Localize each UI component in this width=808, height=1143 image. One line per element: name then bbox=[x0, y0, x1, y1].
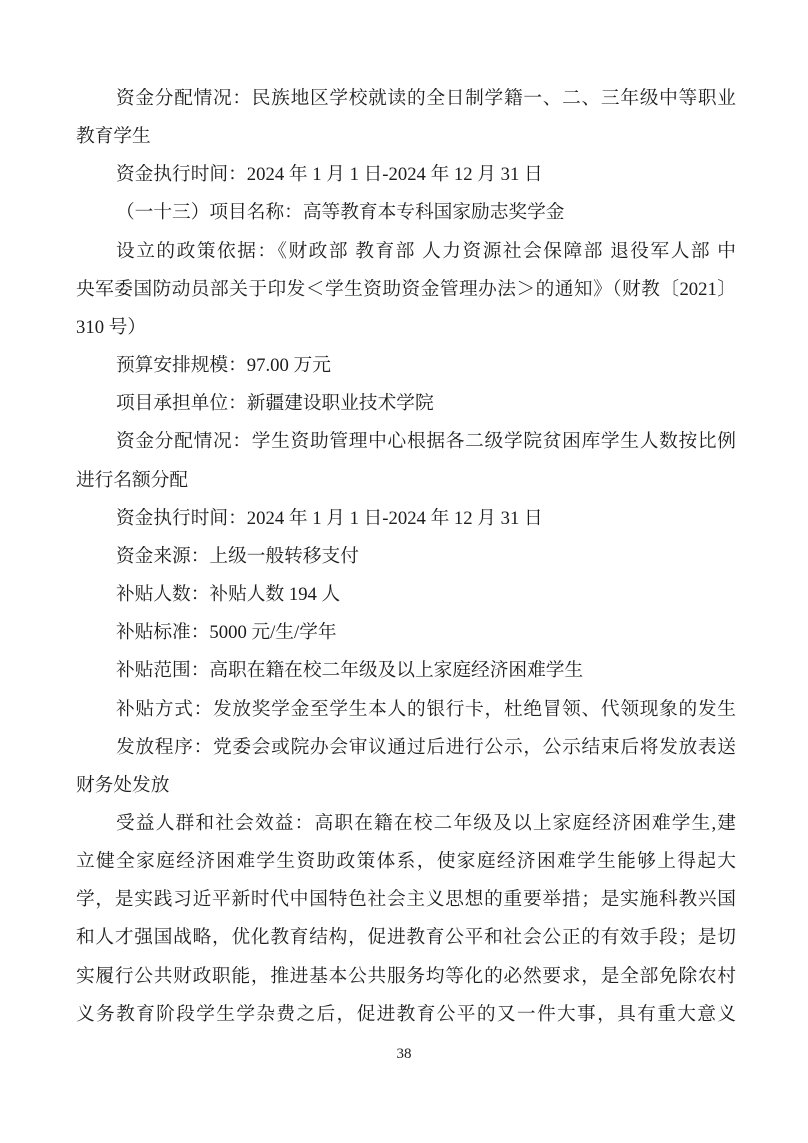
page-number: 38 bbox=[0, 1044, 808, 1064]
document-line: 发放程序：党委会或院办会审议通过后进行公示，公示结束后将发放表送 bbox=[76, 729, 736, 767]
document-line: 实履行公共财政职能，推进基本公共服务均等化的必然要求，是全部免除农村 bbox=[76, 958, 736, 996]
document-line: 学，是实践习近平新时代中国特色社会主义思想的重要举措；是实施科教兴国 bbox=[76, 881, 736, 919]
document-line: 义务教育阶段学生学杂费之后，促进教育公平的又一件大事，具有重大意义 bbox=[76, 996, 736, 1034]
document-line: 补贴人数：补贴人数 194 人 bbox=[76, 576, 736, 614]
document-line: 教育学生 bbox=[76, 118, 736, 156]
document-body: 资金分配情况：民族地区学校就读的全日制学籍一、二、三年级中等职业教育学生资金执行… bbox=[76, 80, 736, 1034]
document-line: 补贴标准：5000 元/生/学年 bbox=[76, 614, 736, 652]
document-line: 预算安排规模：97.00 万元 bbox=[76, 347, 736, 385]
document-line: 财务处发放 bbox=[76, 767, 736, 805]
document-line: 资金来源：上级一般转移支付 bbox=[76, 538, 736, 576]
document-line: 和人才强国战略，优化教育结构，促进教育公平和社会公正的有效手段；是切 bbox=[76, 919, 736, 957]
document-line: 设立的政策依据：《财政部 教育部 人力资源社会保障部 退役军人部 中 bbox=[76, 233, 736, 271]
document-line: 进行名额分配 bbox=[76, 462, 736, 500]
document-line: 项目承担单位：新疆建设职业技术学院 bbox=[76, 385, 736, 423]
document-line: 资金分配情况：民族地区学校就读的全日制学籍一、二、三年级中等职业 bbox=[76, 80, 736, 118]
document-line: 资金分配情况：学生资助管理中心根据各二级学院贫困库学生人数按比例 bbox=[76, 423, 736, 461]
document-line: 补贴方式：发放奖学金至学生本人的银行卡，杜绝冒领、代领现象的发生 bbox=[76, 691, 736, 729]
document-line: 补贴范围：高职在籍在校二年级及以上家庭经济困难学生 bbox=[76, 652, 736, 690]
document-line: 立健全家庭经济困难学生资助政策体系，使家庭经济困难学生能够上得起大 bbox=[76, 843, 736, 881]
document-line: （一十三）项目名称：高等教育本专科国家励志奖学金 bbox=[76, 194, 736, 232]
document-line: 央军委国防动员部关于印发＜学生资助资金管理办法＞的通知》（财教〔2021〕 bbox=[76, 271, 736, 309]
document-line: 资金执行时间：2024 年 1 月 1 日-2024 年 12 月 31 日 bbox=[76, 156, 736, 194]
document-line: 资金执行时间：2024 年 1 月 1 日-2024 年 12 月 31 日 bbox=[76, 500, 736, 538]
document-line: 受益人群和社会效益：高职在籍在校二年级及以上家庭经济困难学生,建 bbox=[76, 805, 736, 843]
document-page: 资金分配情况：民族地区学校就读的全日制学籍一、二、三年级中等职业教育学生资金执行… bbox=[0, 0, 808, 1143]
document-line: 310 号） bbox=[76, 309, 736, 347]
